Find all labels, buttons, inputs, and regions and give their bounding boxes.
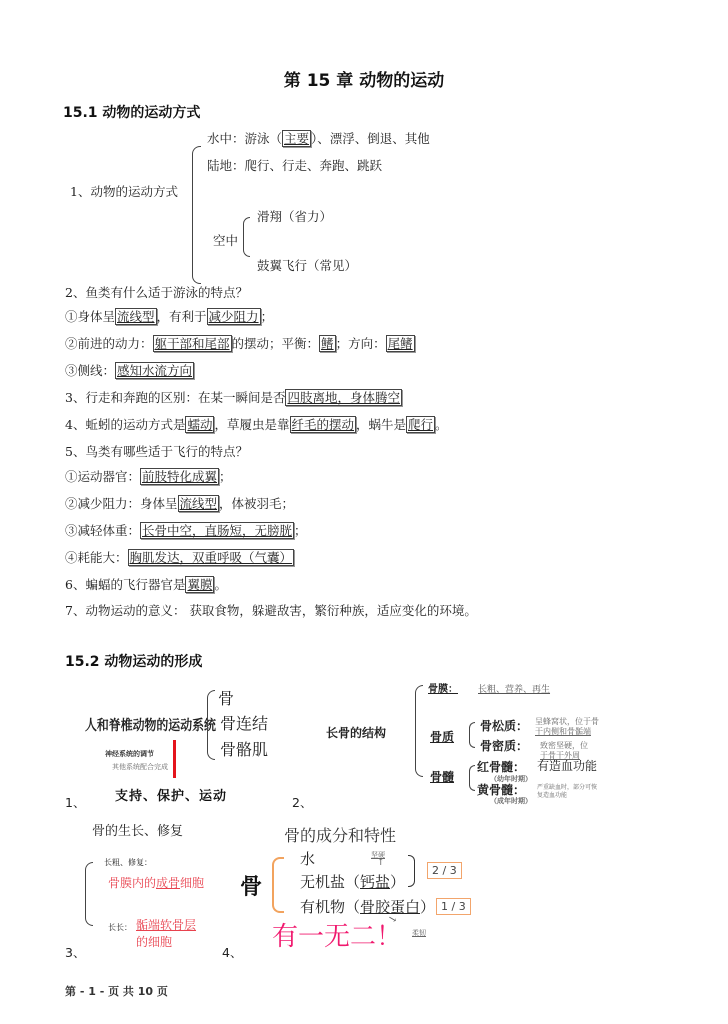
- arrow-up-icon: ↑: [377, 858, 385, 868]
- text: ③减轻体重：: [65, 523, 140, 538]
- key-term: 四肢离地，身体腾空: [285, 389, 402, 406]
- fig4-organic: 有机物（骨胶蛋白）: [300, 896, 435, 917]
- key-term: 尾鳍: [386, 335, 415, 352]
- fig4-slogan: 有一无二！: [272, 916, 402, 953]
- key-term: 翼膜: [185, 576, 214, 593]
- section-heading-15-2: 15.2 动物运动的形成: [65, 651, 202, 671]
- fig2-compact: 骨密质：: [480, 737, 528, 754]
- text: 4、蚯蚓的运动方式是: [65, 417, 185, 432]
- q1-water-pre: 水中：游泳（: [207, 131, 282, 146]
- q7: 7、动物运动的意义： 获取食物，躲避敌害，繁衍种族，适应变化的环境。: [65, 601, 477, 619]
- section-heading-15-1: 15.1 动物的运动方式: [63, 102, 200, 122]
- text: ）: [420, 898, 435, 916]
- text: ，体被羽毛；: [219, 496, 294, 511]
- fig1-item-muscle: 骨骼肌: [220, 737, 268, 760]
- fig2-periosteum-desc: 长粗、营养、再生: [478, 682, 550, 695]
- text: ；: [294, 523, 307, 538]
- q1-land: 陆地：爬行、行走、奔跑、跳跃: [207, 156, 382, 174]
- text: ②减少阻力：身体呈: [65, 496, 178, 511]
- text: ）: [390, 873, 405, 891]
- fig1-result: 支持、保护、运动: [115, 785, 227, 804]
- brace-fig2: [415, 685, 423, 777]
- q2-answer-2: ②前进的动力：躯干部和尾部的摆动；平衡：鳍；方向：尾鳍: [65, 334, 415, 352]
- fig2-spongy: 骨松质：: [480, 717, 528, 734]
- fig1-note-nerve: 神经系统的调节: [105, 749, 154, 759]
- key-term: 减少阻力: [207, 308, 261, 325]
- text: 。: [435, 417, 448, 432]
- q3: 3、行走和奔跑的区别：在某一瞬间是否四肢离地，身体腾空: [65, 388, 402, 406]
- fig4-title: 骨的成分和特性: [284, 823, 396, 846]
- text: ②前进的动力：: [65, 336, 153, 351]
- fig4-bone: 骨: [240, 870, 262, 901]
- fig2-number: 2、: [292, 793, 312, 811]
- key-term: 鳍: [319, 335, 336, 352]
- key-term: 感知水流方向: [115, 362, 194, 379]
- fig3-thick: 长粗、修复：: [104, 857, 152, 868]
- key-term: 胸肌发达，双重呼吸（气囊）: [128, 549, 295, 566]
- q1-water: 水中：游泳（主要）、漂浮、倒退、其他: [207, 129, 430, 147]
- text: 骨膜内的: [108, 876, 156, 890]
- q1-water-post: ）、漂浮、倒退、其他: [311, 131, 430, 146]
- fig1-note-other: 其他系统配合完成: [112, 762, 168, 772]
- text: ，蜗牛是: [356, 417, 406, 432]
- key-term: 成骨: [156, 876, 180, 890]
- fig4-inorganic: 无机盐（钙盐）: [300, 871, 405, 892]
- fig3-long-desc-post: 的细胞: [136, 933, 172, 950]
- page-footer: 第 - 1 - 页 共 10 页: [65, 983, 168, 999]
- brace-marrow: [469, 765, 475, 791]
- fig2-red-desc: 有造血功能: [537, 757, 597, 774]
- brace-fig3: [85, 862, 93, 926]
- text: ①身体呈: [65, 309, 115, 324]
- q4: 4、蚯蚓的运动方式是蠕动，草履虫是靠纤毛的摆动，蜗牛是爬行。: [65, 415, 448, 433]
- q1-air: 空中: [213, 231, 238, 249]
- text: ；: [219, 469, 232, 484]
- q2-question: 2、鱼类有什么适于游泳的特点？: [65, 283, 248, 301]
- fig2-periosteum: 骨膜：: [428, 680, 458, 695]
- page-title: 第 15 章 动物的运动: [0, 66, 728, 91]
- key-term: 流线型: [115, 308, 157, 325]
- key-term: 爬行: [406, 416, 435, 433]
- q5-answer-3: ③减轻体重：长骨中空，直肠短，无膀胱；: [65, 521, 307, 539]
- fig4-soft: 柔韧: [412, 928, 426, 938]
- q1-label: 1、动物的运动方式: [70, 182, 178, 200]
- fig2-red-marrow: 红骨髓：: [477, 758, 525, 775]
- key-term: 流线型: [178, 495, 220, 512]
- brace-air: [243, 217, 250, 257]
- q5-question: 5、鸟类有哪些适于飞行的特点？: [65, 442, 248, 460]
- brace-substance: [469, 722, 475, 748]
- text: 无机盐（: [300, 873, 360, 891]
- fig3-long: 长长：: [108, 922, 132, 933]
- fig3-thick-desc: 骨膜内的成骨细胞: [108, 874, 204, 891]
- q1-flap: 鼓翼飞行（常见）: [257, 256, 357, 274]
- fig3-long-desc-key: 骺端软骨层: [136, 916, 196, 933]
- text: ④耗能大：: [65, 550, 128, 565]
- key-term: 纤毛的摆动: [290, 416, 357, 433]
- text: ，有利于: [157, 309, 207, 324]
- q5-answer-1: ①运动器官：前肢特化成翼；: [65, 467, 232, 485]
- key-term: 躯干部和尾部: [153, 335, 232, 352]
- brace-right: [408, 855, 415, 887]
- fig1-item-joint: 骨连结: [220, 711, 268, 734]
- fig2-spongy-desc2: 干内侧和骨骺端: [535, 726, 591, 737]
- q1-water-key: 主要: [282, 130, 311, 147]
- text: ③侧线：: [65, 363, 115, 378]
- key-term: 钙盐: [360, 873, 390, 891]
- fig2-yellow-desc: 严重缺血时，部分可恢复造血功能: [537, 784, 597, 800]
- brace-fig1: [207, 690, 215, 760]
- q6: 6、蝙蝠的飞行器官是翼膜。: [65, 575, 227, 593]
- q1-glide: 滑翔（省力）: [257, 207, 332, 225]
- fig1-item-bone: 骨: [218, 686, 234, 709]
- text: ；方向：: [336, 336, 386, 351]
- fig2-marrow: 骨髓: [430, 768, 454, 785]
- text: 的摆动；平衡：: [232, 336, 320, 351]
- text: 6、蝙蝠的飞行器官是: [65, 577, 185, 592]
- text: ①运动器官：: [65, 469, 140, 484]
- text: 。: [214, 577, 227, 592]
- text: 3、行走和奔跑的区别：在某一瞬间是否: [65, 390, 285, 405]
- fig2-substance: 骨质: [430, 728, 454, 745]
- fig1-number: 1、: [65, 793, 85, 811]
- fig2-yellow-age: （成年时期）: [490, 796, 532, 806]
- q5-answer-2: ②减少阻力：身体呈流线型，体被羽毛；: [65, 494, 294, 512]
- text: 有机物（: [300, 898, 360, 916]
- text: 细胞: [180, 876, 204, 890]
- fig2-main: 长骨的结构: [326, 724, 386, 741]
- text: ；: [261, 309, 274, 324]
- ratio-one-third: 1 / 3: [436, 898, 471, 915]
- ratio-two-thirds: 2 / 3: [427, 862, 462, 879]
- brace-q1: [192, 146, 201, 284]
- q2-answer-1: ①身体呈流线型，有利于减少阻力；: [65, 307, 273, 325]
- fig1-main: 人和脊椎动物的运动系统: [85, 715, 216, 735]
- key-term: 长骨中空，直肠短，无膀胱: [140, 522, 294, 539]
- key-term: 蠕动: [185, 416, 214, 433]
- fig4-number: 4、: [222, 943, 242, 961]
- fig4-water: 水: [300, 848, 315, 869]
- q2-answer-3: ③侧线：感知水流方向: [65, 361, 194, 379]
- text: ，草履虫是靠: [214, 417, 289, 432]
- fig3-number: 3、: [65, 943, 85, 961]
- fig3-title: 骨的生长、修复: [92, 820, 183, 839]
- q5-answer-4: ④耗能大：胸肌发达，双重呼吸（气囊）: [65, 548, 294, 566]
- brace-fig4: [272, 857, 284, 913]
- red-arrow-line: [173, 740, 176, 778]
- key-term: 前肢特化成翼: [140, 468, 219, 485]
